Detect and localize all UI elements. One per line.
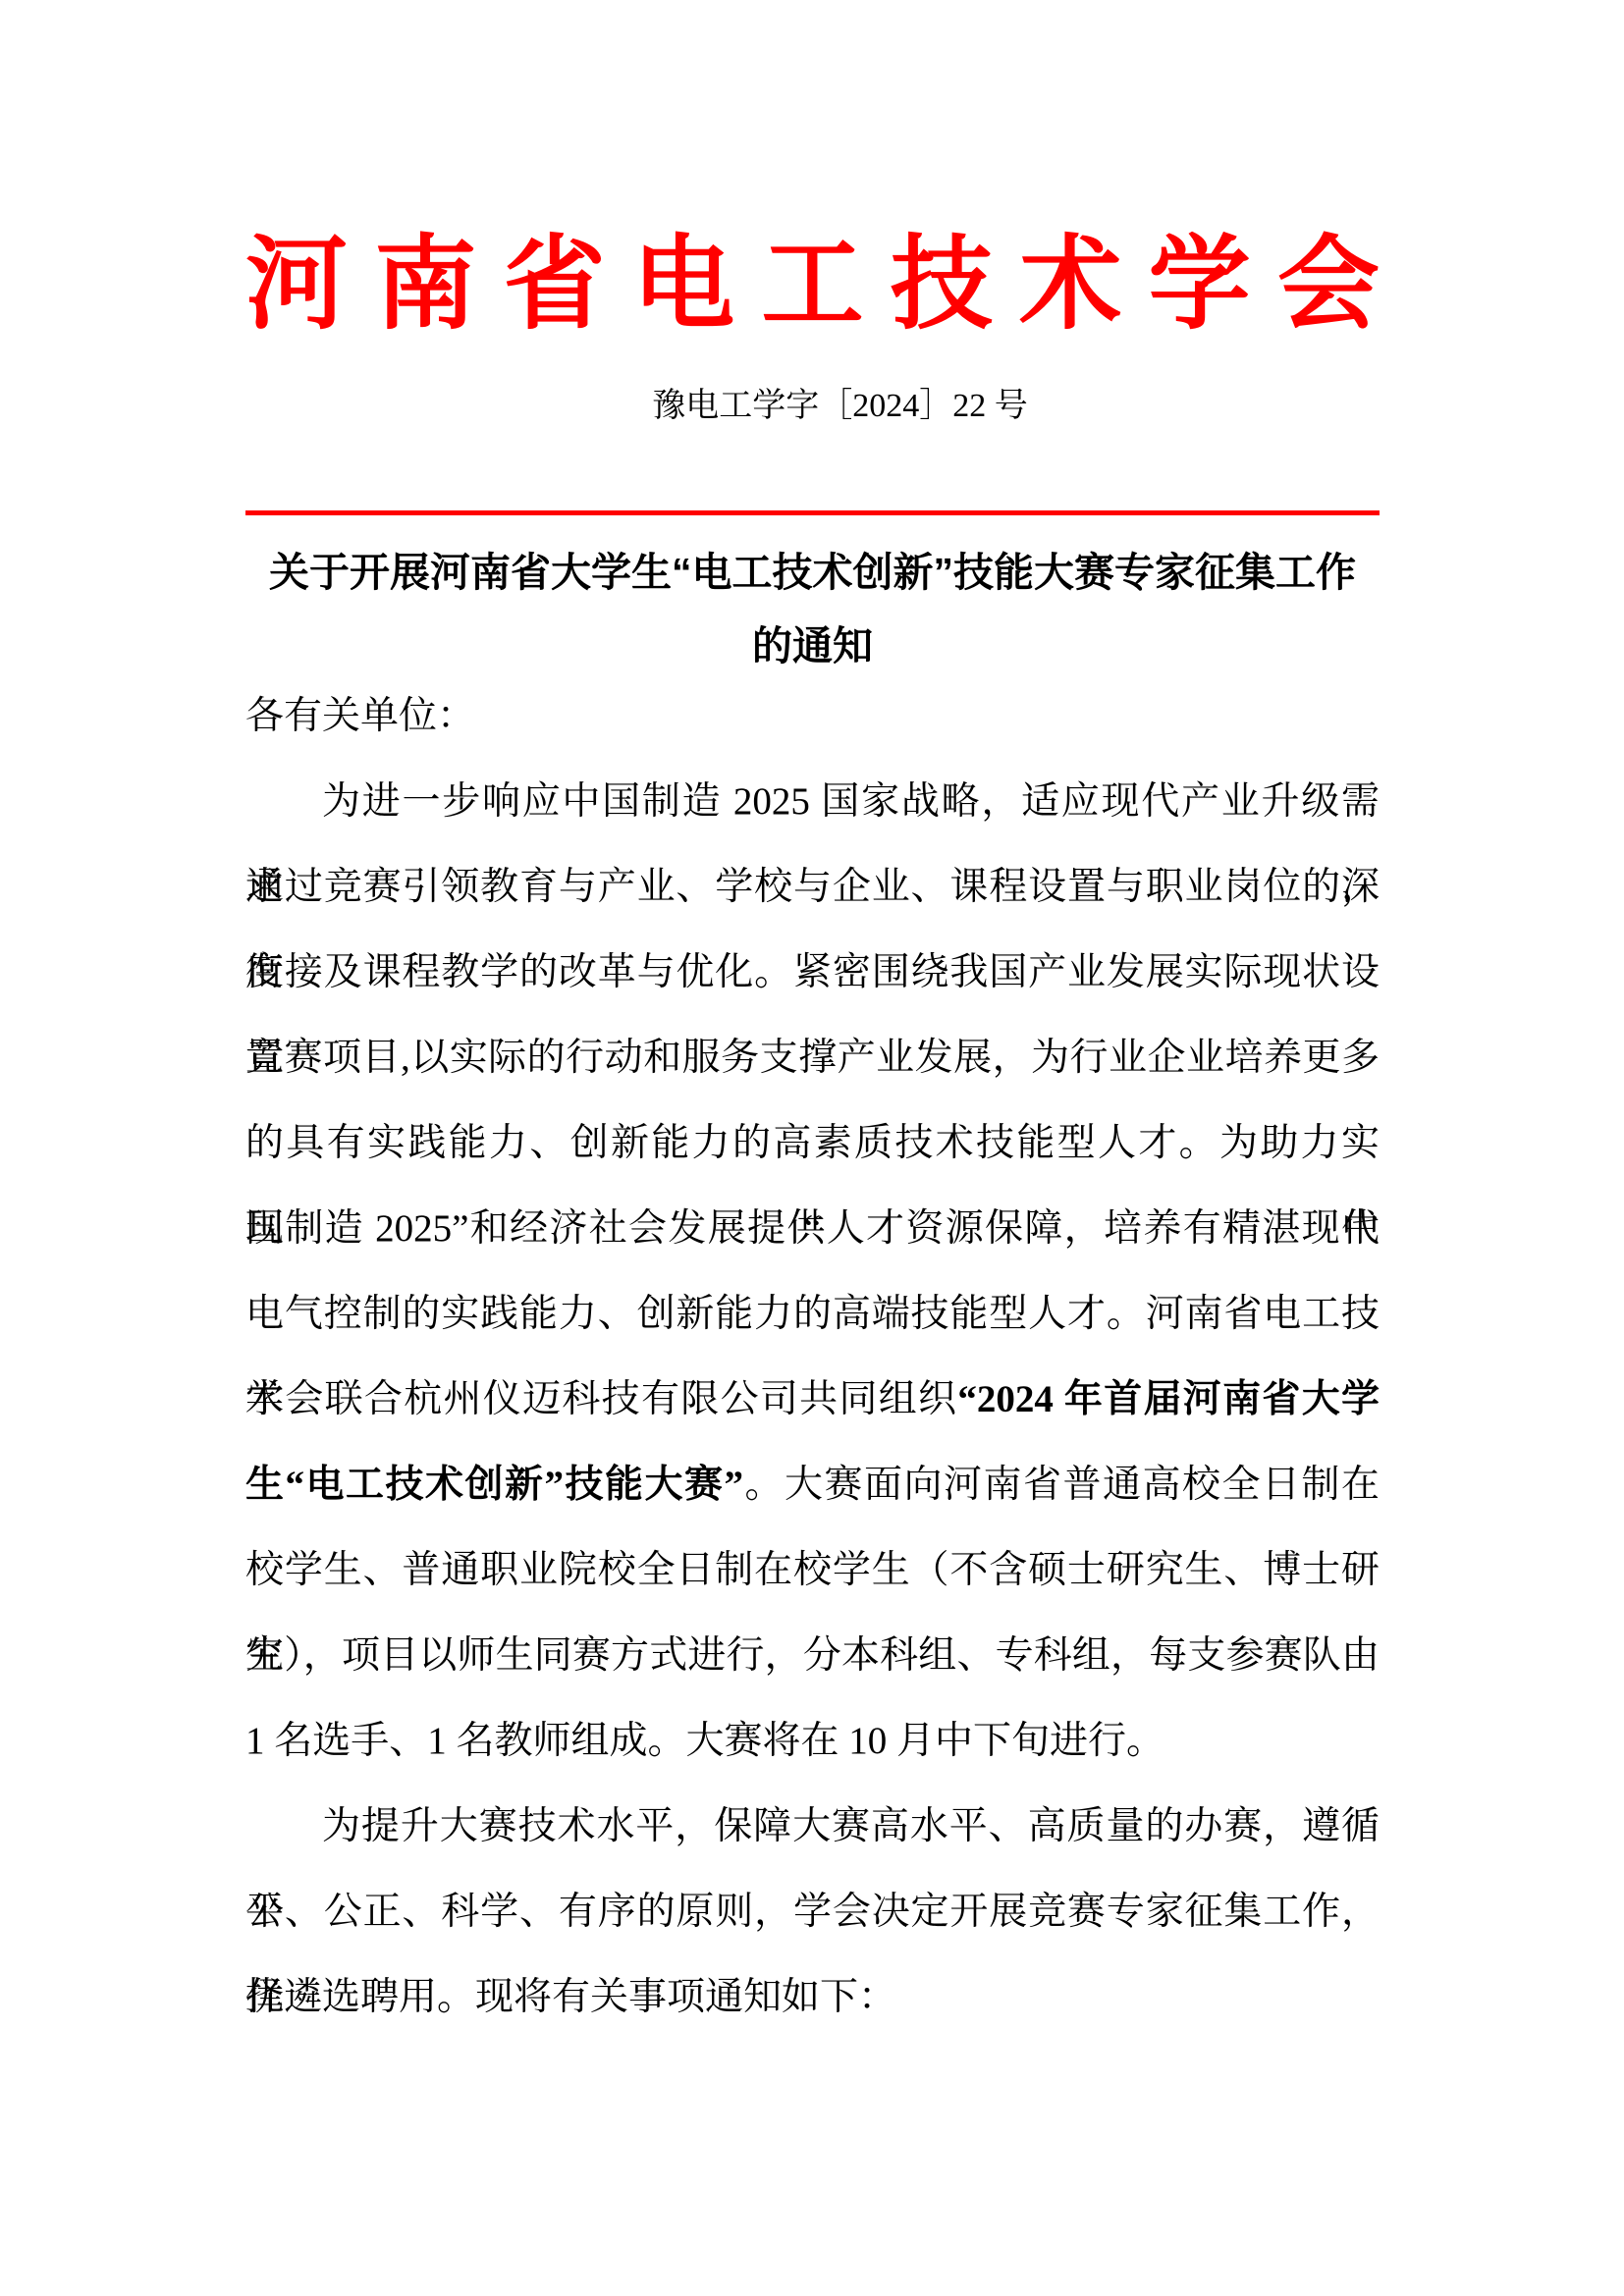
document-page: 河南省电工技术学会 豫电工学字［2024］22 号 关于开展河南省大学生“电工技… — [0, 0, 1624, 2296]
notice-title-line1: 关于开展河南省大学生“电工技术创新”技能大赛专家征集工作 — [245, 536, 1380, 610]
body-line-p1-7: 电气控制的实践能力、创新能力的高端技能型人才。河南省电工技术 — [245, 1271, 1380, 1357]
body-line-p2-2: 平、公正、科学、有序的原则，学会决定开展竞赛专家征集工作，择 — [245, 1869, 1380, 1954]
body-line-p1-8-bold: “2024 年首届河南省大学 — [957, 1378, 1380, 1420]
body-line-p2-1: 为提升大赛技术水平，保障大赛高水平、高质量的办赛，遵循公 — [245, 1784, 1380, 1869]
body-line-p1-8: 学会联合杭州仪迈科技有限公司共同组织“2024 年首届河南省大学 — [245, 1357, 1380, 1442]
body-line-p1-12: 1 名选手、1 名教师组成。大赛将在 10 月中下旬进行。 — [245, 1698, 1380, 1784]
body-line-p1-5: 的具有实践能力、创新能力的高素质技术技能型人才。为助力实现“中 — [245, 1100, 1380, 1186]
org-title: 河南省电工技术学会 — [245, 222, 1380, 349]
body-line-p1-11: 生），项目以师生同赛方式进行，分本科组、专科组，每支参赛队由 — [245, 1613, 1380, 1698]
red-separator-line — [245, 510, 1380, 515]
salutation: 各有关单位： — [245, 673, 1380, 759]
notice-body: 各有关单位： 为进一步响应中国制造 2025 国家战略，适应现代产业升级需求， … — [245, 673, 1380, 2040]
body-line-p1-1: 为进一步响应中国制造 2025 国家战略，适应现代产业升级需求， — [245, 759, 1380, 844]
doc-number: 豫电工学字［2024］22 号 — [273, 385, 1407, 428]
body-line-p1-2: 通过竞赛引领教育与产业、学校与企业、课程设置与职业岗位的深度 — [245, 844, 1380, 930]
body-line-p1-4: 竞赛项目,以实际的行动和服务支撑产业发展，为行业企业培养更多 — [245, 1015, 1380, 1100]
body-line-p1-9-normal: 。大赛面向河南省普通高校全日制在 — [743, 1464, 1380, 1506]
body-line-p2-3: 优遴选聘用。现将有关事项通知如下： — [245, 1954, 1380, 2040]
body-line-p1-10: 校学生、普通职业院校全日制在校学生（不含硕士研究生、博士研究 — [245, 1527, 1380, 1613]
notice-title: 关于开展河南省大学生“电工技术创新”技能大赛专家征集工作 的通知 — [245, 536, 1380, 683]
body-line-p1-6: 国制造 2025”和经济社会发展提供人才资源保障，培养有精湛现代 — [245, 1186, 1380, 1271]
body-line-p1-9-bold: 生“电工技术创新”技能大赛” — [245, 1464, 743, 1506]
body-line-p1-9: 生“电工技术创新”技能大赛”。大赛面向河南省普通高校全日制在 — [245, 1442, 1380, 1527]
body-line-p1-3: 衔接及课程教学的改革与优化。紧密围绕我国产业发展实际现状设置 — [245, 930, 1380, 1015]
body-line-p1-8-normal: 学会联合杭州仪迈科技有限公司共同组织 — [245, 1378, 957, 1420]
notice-title-line2: 的通知 — [245, 610, 1380, 683]
